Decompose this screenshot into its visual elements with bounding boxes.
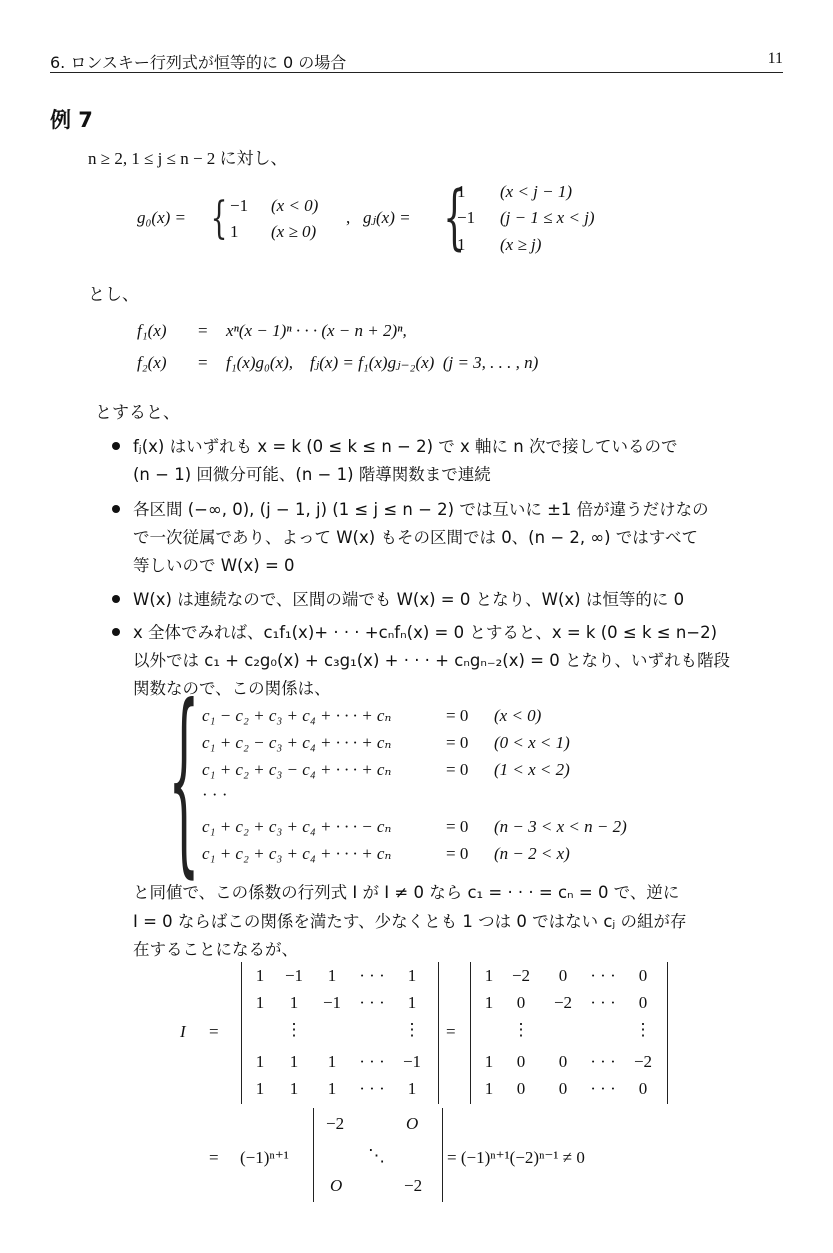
intro-line: n ≥ 2, 1 ≤ j ≤ n − 2 に対し、 <box>88 144 288 169</box>
m2-cell: · · · <box>585 966 621 986</box>
system-brace: { <box>168 690 200 870</box>
diag-dots: ⋱ <box>368 1146 385 1166</box>
section-title: 6. ロンスキー行列式が恒等的に 0 の場合 <box>50 50 346 73</box>
m2-cell: −2 <box>545 993 581 1013</box>
sys-row-2-lhs: c₁ + c₂ − c₃ + c₄ + · · · + cₙ <box>202 733 391 753</box>
m1-cell: 1 <box>314 1079 350 1099</box>
g0-case-2-val: 1 <box>230 222 239 242</box>
sys-row-6-rhs: = 0 <box>446 844 468 864</box>
m1-cell: 1 <box>394 993 430 1013</box>
m2-cell: 1 <box>471 1052 507 1072</box>
bullet-4-line-2: 以外では c₁ + c₂g₀(x) + c₃g₁(x) + · · · + cₙ… <box>133 647 730 671</box>
m2-cell: 0 <box>503 993 539 1013</box>
sys-row-3-cond: (1 < x < 2) <box>494 760 570 780</box>
sys-row-6-cond: (n − 2 < x) <box>494 844 570 864</box>
det-line2-eq: = <box>209 1148 219 1168</box>
m1-cell: 1 <box>242 1079 278 1099</box>
determinant-diagonal: −2 O ⋱ O −2 <box>313 1108 443 1202</box>
m1-cell: · · · <box>354 1052 390 1072</box>
m2-cell: 0 <box>503 1079 539 1099</box>
m1-cell: 1 <box>314 966 350 986</box>
m1-cell: 1 <box>242 993 278 1013</box>
m2-cell: 0 <box>625 966 661 986</box>
f1-rhs: xⁿ(x − 1)ⁿ · · · (x − n + 2)ⁿ, <box>226 321 407 341</box>
m2-cell: · · · <box>585 1079 621 1099</box>
bullet-dot <box>112 442 120 450</box>
m1-cell: 1 <box>276 1052 312 1072</box>
g0-lhs: g₀(x) = <box>137 208 186 228</box>
running-header: 6. ロンスキー行列式が恒等的に 0 の場合 11 <box>50 50 783 73</box>
bullet-2-line-1: 各区間 (−∞, 0), (j − 1, j) (1 ≤ j ≤ n − 2) … <box>133 496 709 520</box>
m1-cell: 1 <box>394 1079 430 1099</box>
surusto-text: とすると、 <box>95 398 180 423</box>
m1-cell: 1 <box>242 966 278 986</box>
bullet-3-line-1: W(x) は連続なので、区間の端でも W(x) = 0 となり、W(x) は恒等… <box>133 586 684 610</box>
bullet-1-line-1: fⱼ(x) はいずれも x = k (0 ≤ k ≤ n − 2) で x 軸に… <box>133 433 677 457</box>
gj-case-3-cond: (x ≥ j) <box>500 235 541 255</box>
f2-eq: = <box>198 353 208 373</box>
f1-eq: = <box>198 321 208 341</box>
m2-cell: 0 <box>625 993 661 1013</box>
sys-row-ellipsis: · · · <box>202 785 227 805</box>
det-factor: (−1)ⁿ⁺¹ <box>240 1148 289 1168</box>
sys-row-3-rhs: = 0 <box>446 760 468 780</box>
det-eq-2: = <box>446 1022 456 1042</box>
m2-cell: · · · <box>585 993 621 1013</box>
bullet-dot <box>112 595 120 603</box>
m1-cell: 1 <box>276 1079 312 1099</box>
bullet-1-line-2: (n − 1) 回微分可能、(n − 1) 階導関数まで連続 <box>133 461 491 485</box>
sys-row-1-cond: (x < 0) <box>494 706 541 726</box>
diag-top-left: −2 <box>326 1114 344 1134</box>
sys-row-1-rhs: = 0 <box>446 706 468 726</box>
gj-case-2-cond: (j − 1 ≤ x < j) <box>500 208 595 228</box>
bullet-dot <box>112 628 120 636</box>
brace-g0: { <box>211 193 228 244</box>
m1-cell: · · · <box>354 966 390 986</box>
m2-cell: 0 <box>545 1079 581 1099</box>
after-line-3: 在することになるが、 <box>133 936 298 960</box>
f2-rhs: f₁(x)g₀(x), fⱼ(x) = f₁(x)gⱼ₋₂(x) (j = 3,… <box>226 353 538 373</box>
m1-cell: · · · <box>354 1079 390 1099</box>
m1-cell: −1 <box>314 993 350 1013</box>
det-result: = (−1)ⁿ⁺¹(−2)ⁿ⁻¹ ≠ 0 <box>447 1148 585 1168</box>
m1-cell: −1 <box>276 966 312 986</box>
bullet-dot <box>112 505 120 513</box>
det-lhs: I <box>180 1022 186 1042</box>
m1-cell: −1 <box>394 1052 430 1072</box>
bullet-2-line-2: で一次従属であり、よって W(x) もその区間では 0、(n − 2, ∞) で… <box>133 524 698 548</box>
sys-row-5-rhs: = 0 <box>446 817 468 837</box>
m2-cell: −2 <box>503 966 539 986</box>
gj-lhs: gⱼ(x) = <box>363 208 411 228</box>
m1-cell: 1 <box>314 1052 350 1072</box>
g0-case-2-cond: (x ≥ 0) <box>271 222 316 242</box>
comma-sep: , <box>346 208 350 228</box>
m2-cell: 1 <box>471 966 507 986</box>
m1-cell: 1 <box>394 966 430 986</box>
diag-top-right: O <box>406 1114 418 1134</box>
sys-row-1-lhs: c₁ − c₂ + c₃ + c₄ + · · · + cₙ <box>202 706 391 726</box>
m2-cell: 1 <box>471 1079 507 1099</box>
determinant-2: 1 −2 0 · · · 0 1 0 −2 · · · 0 ⋮ ⋮ 1 0 0 … <box>470 962 668 1104</box>
m2-cell: 0 <box>545 966 581 986</box>
sys-row-3-lhs: c₁ + c₂ + c₃ − c₄ + · · · + cₙ <box>202 760 391 780</box>
diag-bottom-right: −2 <box>404 1176 422 1196</box>
sys-row-6-lhs: c₁ + c₂ + c₃ + c₄ + · · · + cₙ <box>202 844 391 864</box>
determinant-1: 1 −1 1 · · · 1 1 1 −1 · · · 1 ⋮ ⋮ 1 1 1 … <box>241 962 439 1104</box>
m1-cell: ⋮ <box>394 1020 430 1040</box>
m1-cell: ⋮ <box>276 1020 312 1040</box>
after-line-1: と同値で、この係数の行列式 I が I ≠ 0 なら c₁ = · · · = … <box>133 879 679 903</box>
bullet-4-line-3: 関数なので、この関係は、 <box>133 675 331 699</box>
example-heading: 例 7 <box>50 104 93 134</box>
sys-row-5-lhs: c₁ + c₂ + c₃ + c₄ + · · · − cₙ <box>202 817 391 837</box>
m1-cell: 1 <box>276 993 312 1013</box>
sys-row-2-cond: (0 < x < 1) <box>494 733 570 753</box>
bullet-4-line-1: x 全体でみれば、c₁f₁(x)+ · · · +cₙfₙ(x) = 0 とする… <box>133 619 717 643</box>
g0-case-1-val: −1 <box>230 196 248 216</box>
m2-cell: ⋮ <box>503 1020 539 1040</box>
m2-cell: 0 <box>545 1052 581 1072</box>
m1-cell: · · · <box>354 993 390 1013</box>
diag-bottom-left: O <box>330 1176 342 1196</box>
after-line-2: I = 0 ならばこの関係を満たす、少なくとも 1 つは 0 ではない cⱼ の… <box>133 908 687 932</box>
f1-lhs: f₁(x) <box>137 321 167 341</box>
f2-lhs: f₂(x) <box>137 353 167 373</box>
g0-case-1-cond: (x < 0) <box>271 196 318 216</box>
sys-row-2-rhs: = 0 <box>446 733 468 753</box>
page-number: 11 <box>768 50 783 68</box>
m2-cell: 0 <box>503 1052 539 1072</box>
bullet-2-line-3: 等しいので W(x) = 0 <box>133 552 295 576</box>
det-eq: = <box>209 1022 219 1042</box>
m2-cell: · · · <box>585 1052 621 1072</box>
m2-cell: 0 <box>625 1079 661 1099</box>
gj-case-3-val: 1 <box>457 235 466 255</box>
toshi-text: とし、 <box>88 280 139 305</box>
m2-cell: −2 <box>625 1052 661 1072</box>
gj-case-1-val: 1 <box>457 182 466 202</box>
m2-cell: ⋮ <box>625 1020 661 1040</box>
gj-case-2-val: −1 <box>457 208 475 228</box>
sys-row-5-cond: (n − 3 < x < n − 2) <box>494 817 627 837</box>
m2-cell: 1 <box>471 993 507 1013</box>
gj-case-1-cond: (x < j − 1) <box>500 182 572 202</box>
m1-cell: 1 <box>242 1052 278 1072</box>
